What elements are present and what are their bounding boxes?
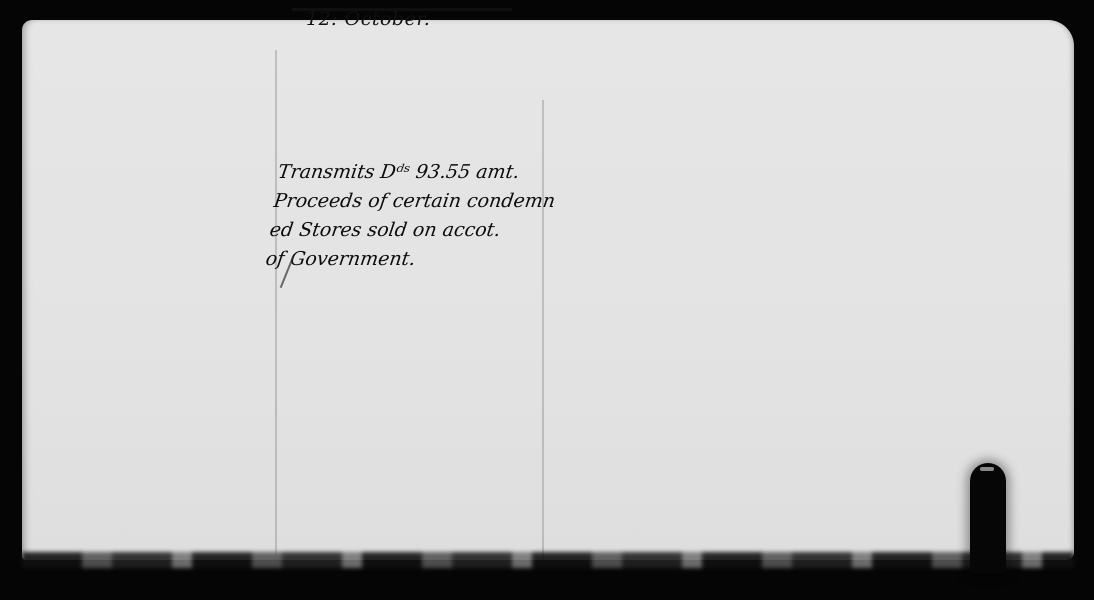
note-line: Proceeds of certain condemn (272, 187, 566, 216)
note-line: Transmits Dᵈˢ 93.55 amt. (276, 158, 570, 187)
fold-line-left (275, 50, 277, 560)
scanner-clip-icon (970, 463, 1006, 573)
docket-date: 12: October. (306, 8, 430, 30)
paper-sheet (22, 20, 1074, 560)
note-line: ed Stores sold on accot. (268, 216, 562, 245)
note-line: of Government. (264, 245, 558, 274)
handwritten-note: Transmits Dᵈˢ 93.55 amt. Proceeds of cer… (264, 158, 570, 274)
docket-header: 12: October. (282, 0, 542, 52)
